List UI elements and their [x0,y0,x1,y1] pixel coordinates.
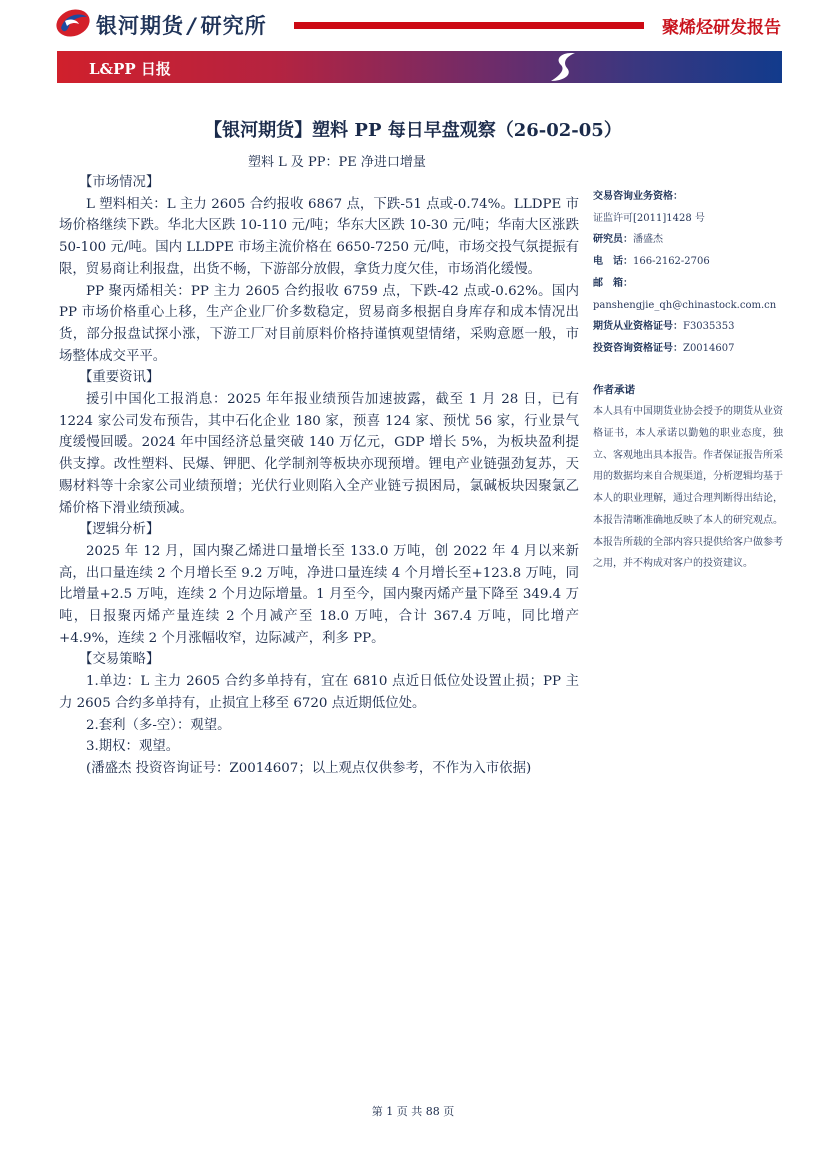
document-subtitle: 塑料 L 及 PP：PE 净进口增量 [248,151,426,170]
researcher-value: 潘盛杰 [633,234,663,245]
paragraph-l-plastic: L 塑料相关：L 主力 2605 合约报收 6867 点，下跌-51 点或-0.… [59,194,579,281]
section-heading-logic: 【逻辑分析】 [59,519,579,541]
main-content: 【市场情况】 L 塑料相关：L 主力 2605 合约报收 6867 点，下跌-5… [59,172,579,780]
report-type-label: 聚烯烃研发报告 [662,13,781,38]
section-heading-strategy: 【交易策略】 [59,649,579,671]
author-promise-text: 本人具有中国期货业协会授予的期货从业资格证书，本人承诺以勤勉的职业态度，独立、客… [593,401,783,575]
futures-cert-value: F3035353 [683,321,734,332]
document-title: 【银河期货】塑料 PP 每日早盘观察（26-02-05） [0,116,826,142]
header-red-rule [294,22,644,29]
banner-title: L&PP 日报 [89,58,171,79]
report-banner: L&PP 日报 [57,51,782,83]
researcher-label: 研究员： [593,234,633,245]
qualification-value: 证监许可[2011]1428 号 [593,208,783,230]
galaxy-futures-logo-icon [55,8,91,38]
brand-institute: 研究所 [201,14,267,38]
author-promise-heading: 作者承诺 [593,380,783,402]
strategy-options: 3.期权：观望。 [59,736,579,758]
phone-value: 166-2162-2706 [633,256,710,267]
invest-cert-value: Z0014607 [683,343,734,354]
futures-cert-label: 期货从业资格证号： [593,321,683,332]
strategy-arbitrage: 2.套利（多-空）：观望。 [59,715,579,737]
page-number: 第 1 页 共 88 页 [0,1103,826,1119]
strategy-single-side: 1.单边：L 主力 2605 合约多单持有，宜在 6810 点近日低位处设置止损… [59,671,579,714]
paragraph-news: 援引中国化工报消息：2025 年年报业绩预告加速披露，截至 1 月 28 日，已… [59,389,579,519]
analyst-sidebar: 交易咨询业务资格： 证监许可[2011]1428 号 研究员：潘盛杰 电 话：1… [593,186,783,575]
invest-cert-label: 投资咨询资格证号： [593,343,683,354]
section-heading-market: 【市场情况】 [59,172,579,194]
paragraph-logic: 2025 年 12 月，国内聚乙烯进口量增长至 133.0 万吨，创 2022 … [59,541,579,650]
phone-label: 电 话： [593,256,633,267]
brand-separator: / [188,14,197,38]
banner-s-swoosh-icon [545,51,585,83]
qualification-label: 交易咨询业务资格： [593,186,783,208]
email-label: 邮 箱： [593,273,783,295]
paragraph-pp: PP 聚丙烯相关：PP 主力 2605 合约报收 6759 点，下跌-42 点或… [59,281,579,368]
brand-company: 银河期货 [96,14,184,38]
section-heading-news: 【重要资讯】 [59,367,579,389]
brand-name: 银河期货/研究所 [96,10,267,40]
strategy-disclaimer: (潘盛杰 投资咨询证号：Z0014607；以上观点仅供参考，不作为入市依据) [59,758,579,780]
email-link[interactable]: panshengjie_qh@chinastock.com.cn [593,295,783,317]
